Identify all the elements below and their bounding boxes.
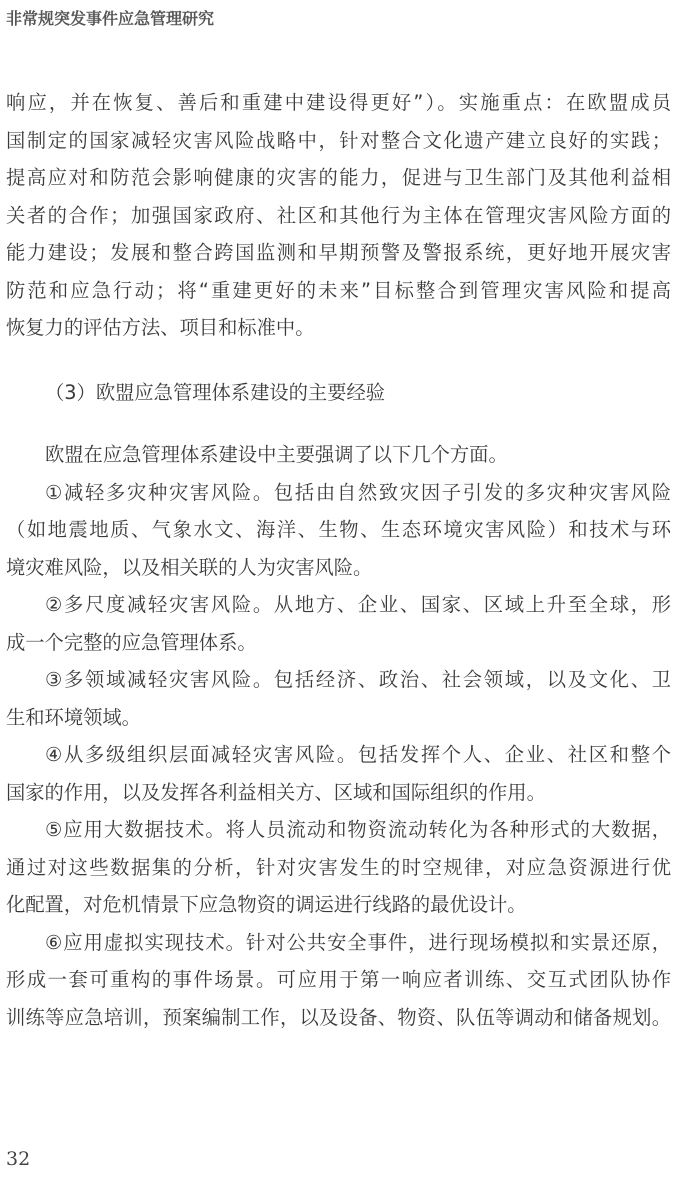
list-item-1: ①减轻多灾种灾害风险。包括由自然致灾因子引发的多灾种灾害风险 （如地震地质、气象… bbox=[6, 474, 671, 587]
text-line: 成一个完整的应急管理体系。 bbox=[6, 624, 671, 662]
list-item-5: ⑤应用大数据技术。将人员流动和物资流动转化为各种形式的大数据， 通过对这些数据集… bbox=[6, 811, 671, 924]
text-line: ⑥应用虚拟实现技术。针对公共安全事件，进行现场模拟和实景还原， bbox=[6, 924, 671, 962]
text-line: ③多领域减轻灾害风险。包括经济、政治、社会领域，以及文化、卫 bbox=[6, 661, 671, 699]
text-line: ②多尺度减轻灾害风险。从地方、企业、国家、区域上升至全球，形 bbox=[6, 586, 671, 624]
list-item-6: ⑥应用虚拟实现技术。针对公共安全事件，进行现场模拟和实景还原， 形成一套可重构的… bbox=[6, 924, 671, 1037]
text-line: 响应，并在恢复、善后和重建中建设得更好”）。实施重点：在欧盟成员 bbox=[6, 84, 671, 122]
running-header-title: 非常规突发事件应急管理研究 bbox=[6, 6, 214, 29]
text-line: ④从多级组织层面减轻灾害风险。包括发挥个人、企业、社区和整个 bbox=[6, 736, 671, 774]
text-line: ⑤应用大数据技术。将人员流动和物资流动转化为各种形式的大数据， bbox=[6, 811, 671, 849]
text-line: 国制定的国家减轻灾害风险战略中，针对整合文化遗产建立良好的实践； bbox=[6, 122, 671, 160]
list-item-2: ②多尺度减轻灾害风险。从地方、企业、国家、区域上升至全球，形 成一个完整的应急管… bbox=[6, 586, 671, 661]
spacer bbox=[6, 411, 671, 436]
text-line: 化配置，对危机情景下应急物资的调运进行线路的最优设计。 bbox=[6, 886, 671, 924]
text-line: 提高应对和防范会影响健康的灾害的能力，促进与卫生部门及其他利益相 bbox=[6, 159, 671, 197]
text-line: 能力建设；发展和整合跨国监测和早期预警及警报系统，更好地开展灾害 bbox=[6, 234, 671, 272]
text-line: （如地震地质、气象水文、海洋、生物、生态环境灾害风险）和技术与环 bbox=[6, 511, 671, 549]
page-number: 32 bbox=[6, 1148, 30, 1170]
text-line: 通过对这些数据集的分析，针对灾害发生的时空规律，对应急资源进行优 bbox=[6, 849, 671, 887]
paragraph-continuation: 响应，并在恢复、善后和重建中建设得更好”）。实施重点：在欧盟成员 国制定的国家减… bbox=[6, 84, 671, 347]
list-item-4: ④从多级组织层面减轻灾害风险。包括发挥个人、企业、社区和整个 国家的作用，以及发… bbox=[6, 736, 671, 811]
text-line: 形成一套可重构的事件场景。可应用于第一响应者训练、交互式团队协作 bbox=[6, 961, 671, 999]
text-line: 恢复力的评估方法、项目和标准中。 bbox=[6, 309, 671, 347]
spacer bbox=[6, 347, 671, 374]
text-line: 国家的作用，以及发挥各利益相关方、区域和国际组织的作用。 bbox=[6, 774, 671, 812]
list-item-3: ③多领域减轻灾害风险。包括经济、政治、社会领域，以及文化、卫 生和环境领域。 bbox=[6, 661, 671, 736]
text-line: 生和环境领域。 bbox=[6, 699, 671, 737]
text-line: 境灾难风险，以及相关联的人为灾害风险。 bbox=[6, 549, 671, 587]
section-heading: （3）欧盟应急管理体系建设的主要经验 bbox=[6, 374, 671, 412]
intro-paragraph: 欧盟在应急管理体系建设中主要强调了以下几个方面。 bbox=[6, 436, 671, 474]
text-line: 关者的合作；加强国家政府、社区和其他行为主体在管理灾害风险方面的 bbox=[6, 197, 671, 235]
text-line: ①减轻多灾种灾害风险。包括由自然致灾因子引发的多灾种灾害风险 bbox=[6, 474, 671, 512]
text-line: 防范和应急行动；将“重建更好的未来”目标整合到管理灾害风险和提高 bbox=[6, 272, 671, 310]
text-line: 训练等应急培训，预案编制工作，以及设备、物资、队伍等调动和储备规划。 bbox=[6, 999, 671, 1037]
page-body: 响应，并在恢复、善后和重建中建设得更好”）。实施重点：在欧盟成员 国制定的国家减… bbox=[6, 84, 671, 1036]
